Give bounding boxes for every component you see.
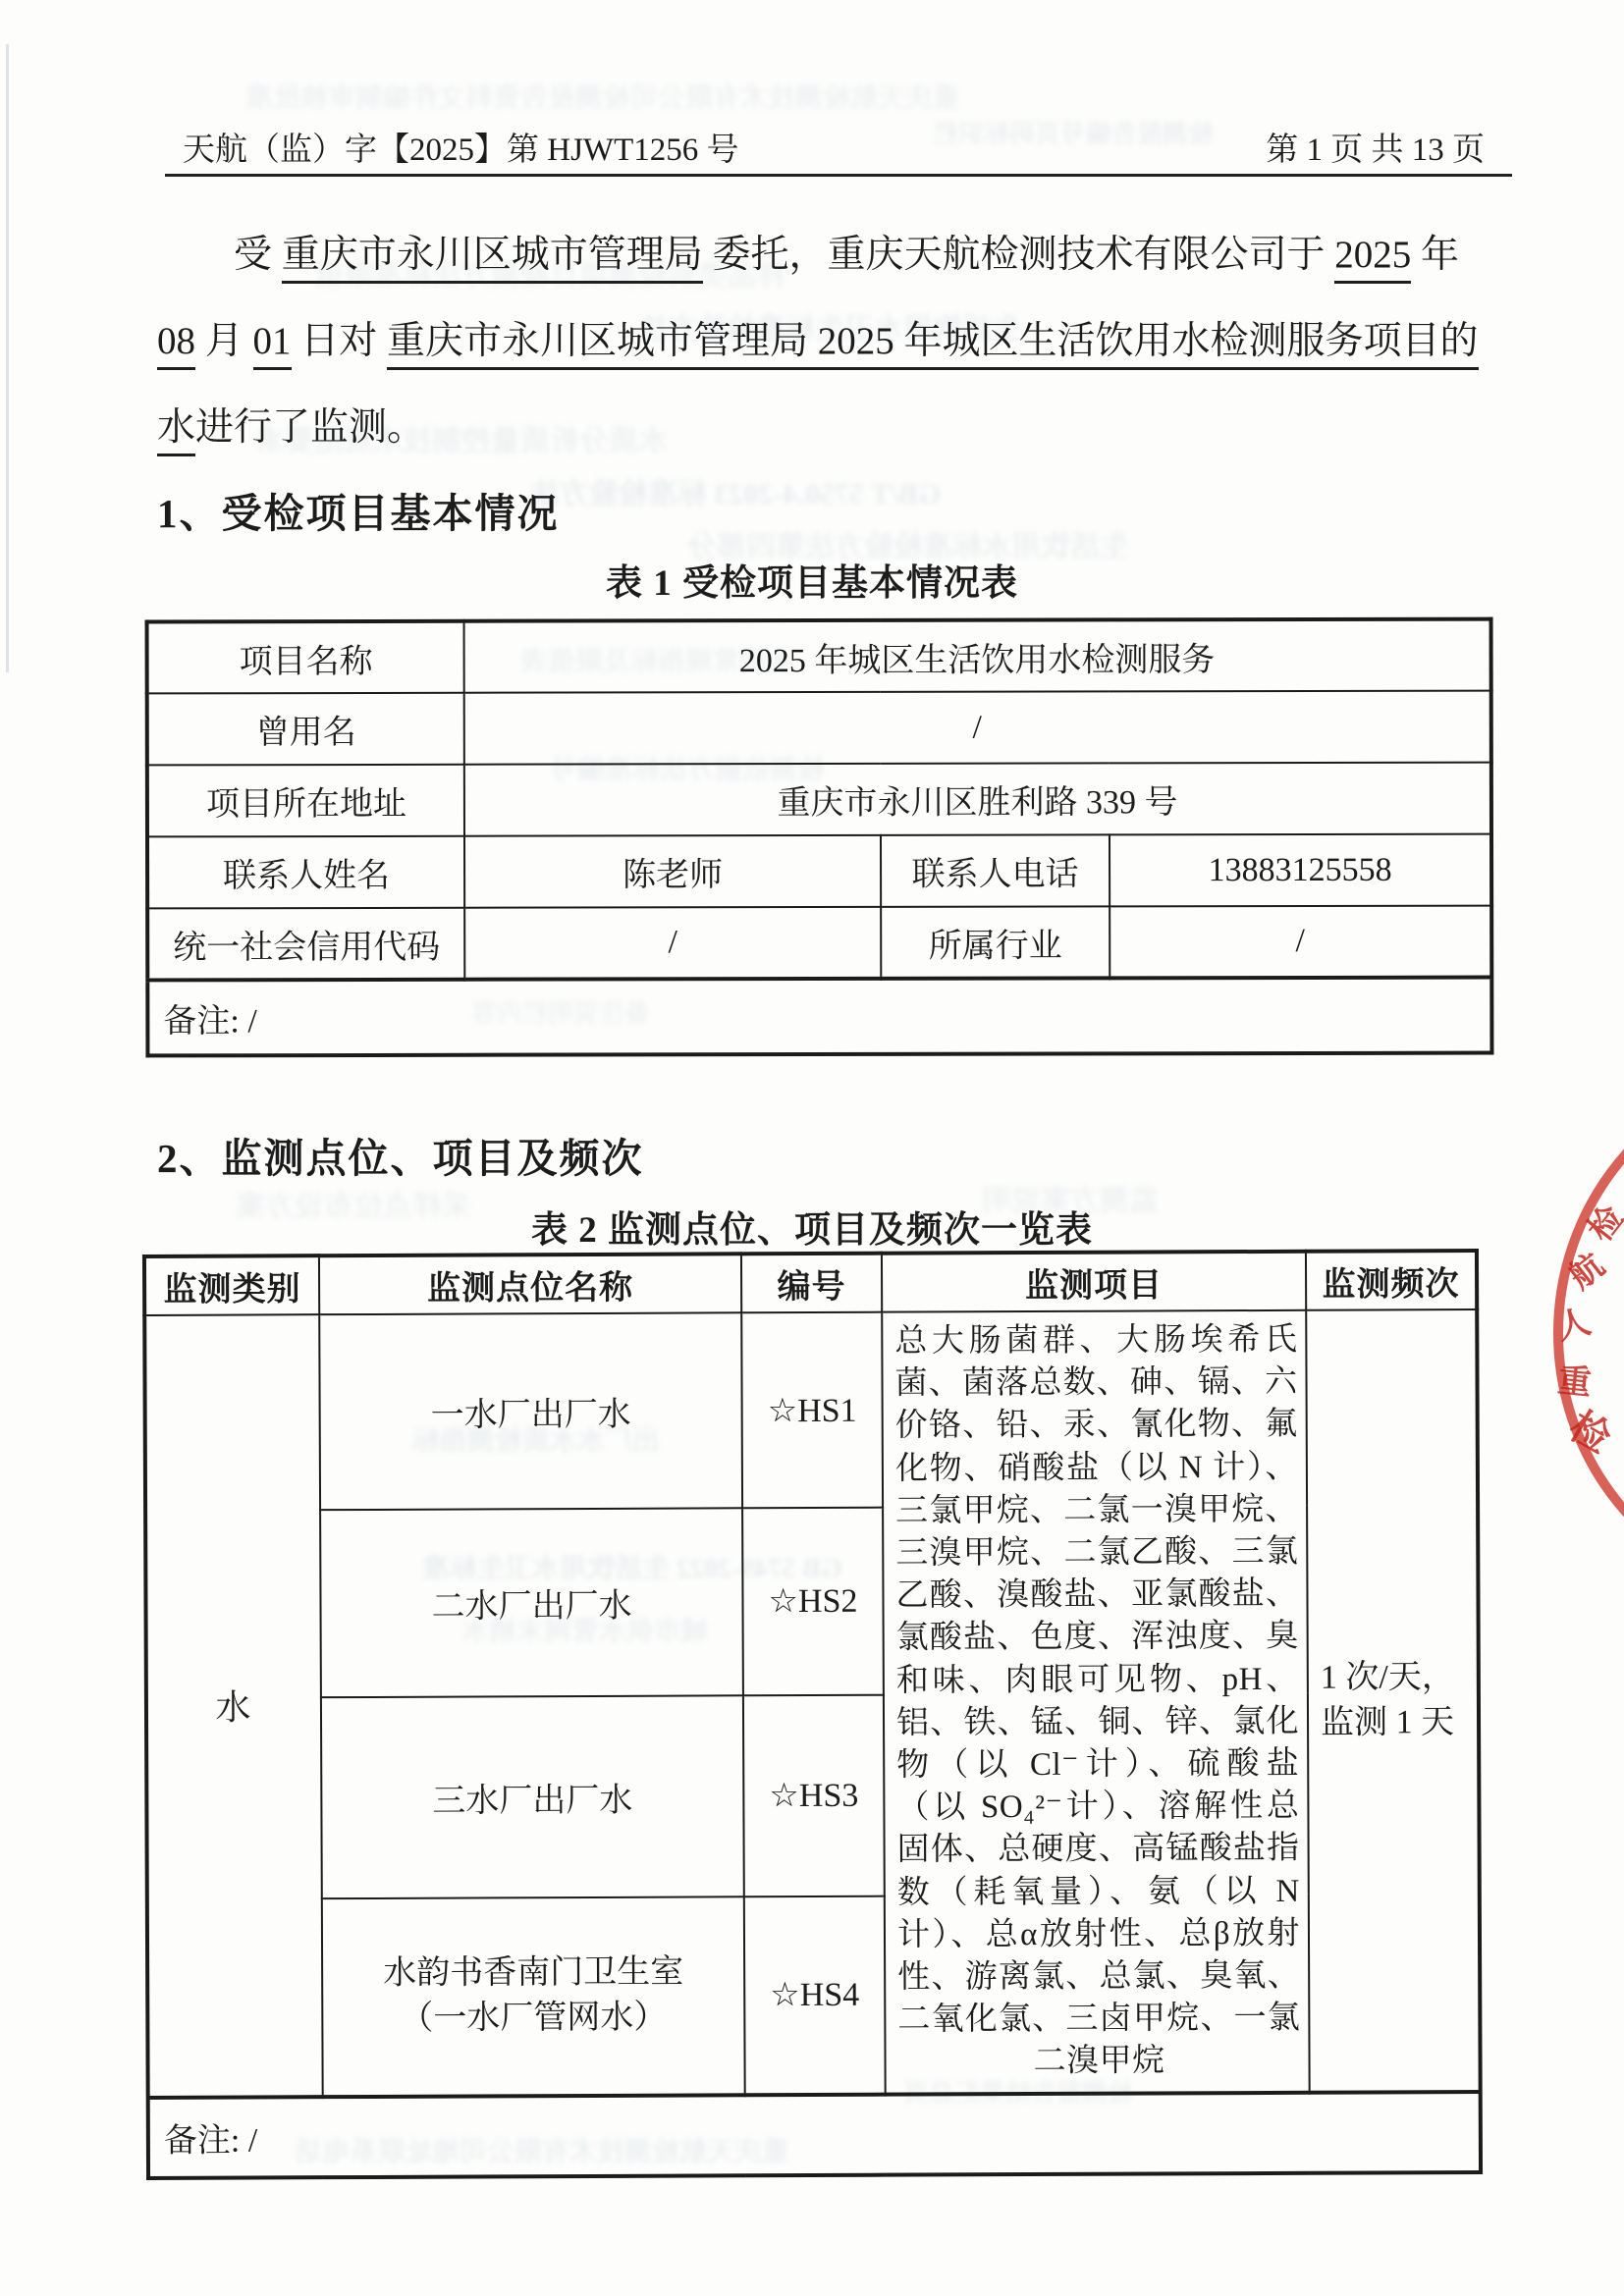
intro-text-segment: 年: [1411, 234, 1459, 276]
table-row: 项目所在地址 重庆市永川区胜利路 339 号: [147, 763, 1491, 837]
monitor-items: 总大肠菌群、大肠埃希氏菌、菌落总数、砷、镉、六价铬、铅、汞、氰化物、氟化物、硝酸…: [882, 1310, 1309, 2095]
field-value: 重庆市永川区胜利路 339 号: [464, 763, 1491, 836]
table-1-title: 表 1 受检项目基本情况表: [0, 553, 1624, 606]
frequency-line: 1 次/天，: [1321, 1655, 1477, 1701]
monitor-point-name: 二水厂出厂水: [320, 1508, 743, 1696]
intro-text-segment: 受: [234, 234, 282, 276]
table-row: 联系人姓名 陈老师 联系人电话 13883125558: [147, 834, 1491, 909]
table-row: 备注: /: [148, 2092, 1481, 2178]
table-row: 统一社会信用代码 / 所属行业 /: [147, 906, 1491, 981]
monitor-frequency: 1 次/天， 监测 1 天: [1306, 1309, 1480, 2092]
document-page: 重庆天航检测技术有限公司检测报告资料文件编制审核批准检测报告编号页码标识栏样品类…: [0, 0, 1624, 2296]
monitor-point-name: 水韵书香南门卫生室 （一水厂管网水）: [322, 1897, 745, 2097]
table-note: 备注: /: [147, 978, 1491, 1056]
column-header: 监测项目: [882, 1252, 1306, 1312]
bleed-through-text: GB/T 5750.4-2023 标准检验方法: [530, 469, 942, 512]
monitor-point-name: 一水厂出厂水: [319, 1312, 742, 1510]
column-header: 监测频次: [1306, 1251, 1477, 1310]
page-header: 天航（监）字【2025】第 HJWT1256 号 第 1 页 共 13 页: [183, 124, 1485, 170]
intro-text-segment: 01: [253, 320, 292, 370]
section-2-heading: 2、监测点位、项目及频次: [157, 1126, 644, 1184]
field-value: 陈老师: [464, 835, 881, 908]
table-row: 水 一水厂出厂水 ☆HS1 总大肠菌群、大肠埃希氏菌、菌落总数、砷、镉、六价铬、…: [144, 1309, 1478, 1511]
intro-text-segment: 进行了监测。: [195, 406, 425, 449]
monitor-category: 水: [144, 1314, 322, 2097]
table-header-row: 监测类别 监测点位名称 编号 监测项目 监测频次: [144, 1251, 1477, 1315]
column-header: 监测点位名称: [319, 1254, 741, 1314]
table-2-monitoring: 监测类别 监测点位名称 编号 监测项目 监测频次 水 一水厂出厂水 ☆HS1 总…: [142, 1249, 1483, 2180]
table-row: 曾用名 /: [147, 691, 1491, 766]
intro-text-segment: 2025: [1334, 234, 1411, 284]
table-row: 项目名称 2025 年城区生活饮用水检测服务: [147, 619, 1491, 694]
page-indicator: 第 1 页 共 13 页: [1266, 124, 1485, 170]
column-header: 监测类别: [144, 1255, 319, 1315]
field-label: 项目所在地址: [147, 765, 464, 837]
bleed-through-text: 重庆天航检测技术有限公司检测报告资料文件编制审核批准: [245, 77, 960, 116]
doc-number: 天航（监）字【2025】第 HJWT1256 号: [183, 124, 738, 170]
field-label: 项目名称: [147, 621, 464, 694]
field-label: 统一社会信用代码: [147, 908, 464, 981]
field-label: 联系人姓名: [147, 836, 464, 909]
monitor-point-code: ☆HS1: [741, 1312, 883, 1509]
field-label: 曾用名: [147, 693, 464, 766]
table-note: 备注: /: [148, 2092, 1481, 2178]
field-value: 13883125558: [1110, 834, 1491, 907]
monitor-point-code: ☆HS3: [743, 1694, 885, 1896]
section-1-heading: 1、受检项目基本情况: [157, 481, 560, 539]
field-label: 联系人电话: [881, 834, 1110, 906]
column-header: 编号: [741, 1254, 882, 1313]
intro-line: 受 重庆市永川区城市管理局 委托，重庆天航检测技术有限公司于 2025 年: [157, 212, 1465, 298]
intro-line: 水进行了监测。: [157, 385, 1465, 471]
field-value: /: [464, 691, 1491, 765]
header-rule: [165, 174, 1512, 177]
monitor-point-name: 三水厂出厂水: [321, 1695, 744, 1899]
intro-text-segment: 重庆市永川区城市管理局: [282, 234, 703, 284]
intro-line: 08 月 01 日对 重庆市永川区城市管理局 2025 年城区生活饮用水检测服务…: [157, 298, 1465, 385]
field-label: 所属行业: [881, 906, 1110, 978]
frequency-line: 监测 1 天: [1321, 1700, 1477, 1746]
intro-text-segment: 重庆市永川区城市管理局 2025 年城区生活饮用水检测服务项目的: [387, 320, 1479, 370]
intro-text-segment: 委托，重庆天航检测技术有限公司于: [703, 234, 1335, 276]
table-row: 备注: /: [147, 978, 1491, 1056]
intro-text-segment: 月: [195, 320, 253, 362]
table-1-basic-info: 项目名称 2025 年城区生活饮用水检测服务 曾用名 / 项目所在地址 重庆市永…: [145, 617, 1494, 1058]
intro-paragraph: 受 重庆市永川区城市管理局 委托，重庆天航检测技术有限公司于 2025 年 08…: [157, 212, 1465, 471]
intro-text-segment: 水: [157, 406, 195, 456]
field-value: /: [1110, 906, 1491, 979]
field-value: 2025 年城区生活饮用水检测服务: [464, 619, 1491, 693]
monitor-point-code: ☆HS4: [744, 1896, 886, 2095]
field-value: /: [464, 907, 881, 980]
intro-text-segment: 08: [157, 320, 195, 370]
monitor-point-code: ☆HS2: [742, 1508, 884, 1695]
table-2-title: 表 2 监测点位、项目及频次一览表: [0, 1200, 1624, 1253]
intro-text-segment: 日对: [292, 320, 388, 362]
